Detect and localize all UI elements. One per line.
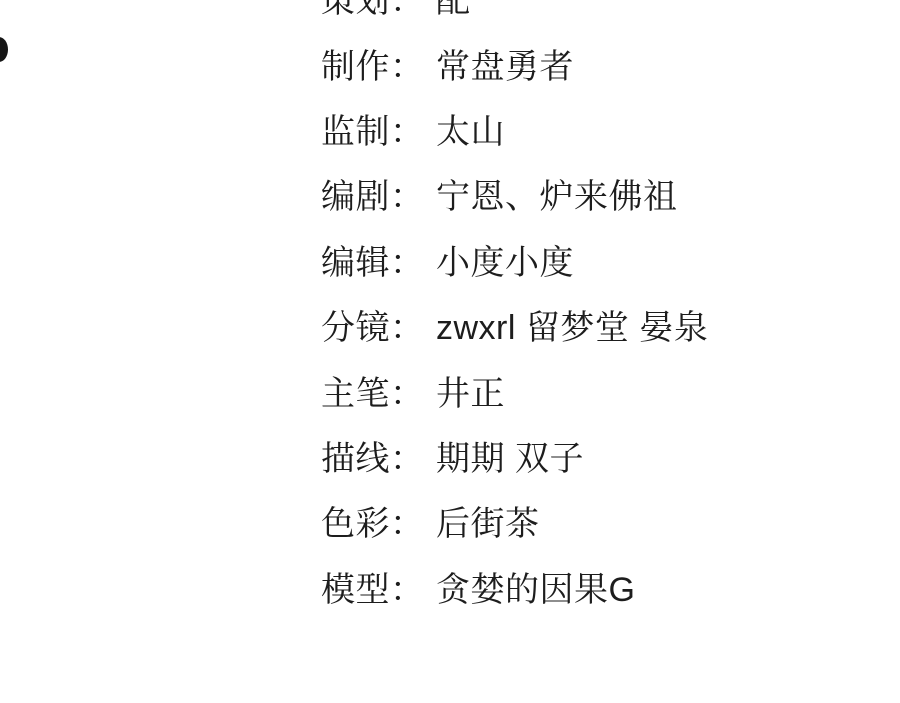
credit-role-label: 色彩： [321,496,436,545]
colon: ： [390,366,425,415]
credit-row-script: 编剧：宁恩、炉来佛祖 [321,161,708,226]
colon: ： [390,39,425,88]
credit-name: 配 [436,0,471,22]
credit-name: 常盘勇者 [436,39,574,88]
credit-row-lead-artist: 主笔：井正 [321,357,708,422]
credit-role-label: 模型： [321,562,436,611]
credit-name: zwxrl 留梦堂 晏泉 [436,300,708,349]
colon: ： [390,431,425,480]
colon: ： [390,562,425,611]
credit-role-label: 编剧： [321,169,436,218]
credit-role-label: 制作： [321,39,436,88]
credit-name: 井正 [436,366,505,415]
credit-role-label: 分镜： [321,300,436,349]
colon: ： [390,104,425,153]
credit-row-coloring: 色彩：后街茶 [321,488,708,553]
credit-row-storyboard: 分镜：zwxrl 留梦堂 晏泉 [321,292,708,357]
credit-role-label: 策划： [321,0,436,22]
clipped-ink-dot [0,37,8,62]
credit-name: 期期 双子 [436,431,584,480]
comic-credits-page: 策划：配 制作：常盘勇者 监制：太山 编剧：宁恩、炉来佛祖 编辑：小度小度 分镜… [0,0,900,703]
colon: ： [390,0,425,22]
credit-row-modeling: 模型：贪婪的因果G [321,554,708,619]
credit-row-line-art: 描线：期期 双子 [321,423,708,488]
credit-row-planning: 策划：配 [321,0,708,30]
credit-name: 小度小度 [436,235,574,284]
credits-list: 策划：配 制作：常盘勇者 监制：太山 编剧：宁恩、炉来佛祖 编辑：小度小度 分镜… [321,0,708,619]
colon: ： [390,235,425,284]
colon: ： [390,300,425,349]
credit-role-label: 描线： [321,431,436,480]
credit-name: 贪婪的因果G [436,562,635,611]
credit-row-editor: 编辑：小度小度 [321,227,708,292]
credit-role-label: 监制： [321,104,436,153]
credit-row-supervision: 监制：太山 [321,96,708,161]
credit-row-production: 制作：常盘勇者 [321,30,708,95]
credit-name: 宁恩、炉来佛祖 [436,169,678,218]
colon: ： [390,169,425,218]
credit-role-label: 主笔： [321,366,436,415]
colon: ： [390,496,425,545]
credit-role-label: 编辑： [321,235,436,284]
credit-name: 太山 [436,104,505,153]
credit-name: 后街茶 [436,496,540,545]
